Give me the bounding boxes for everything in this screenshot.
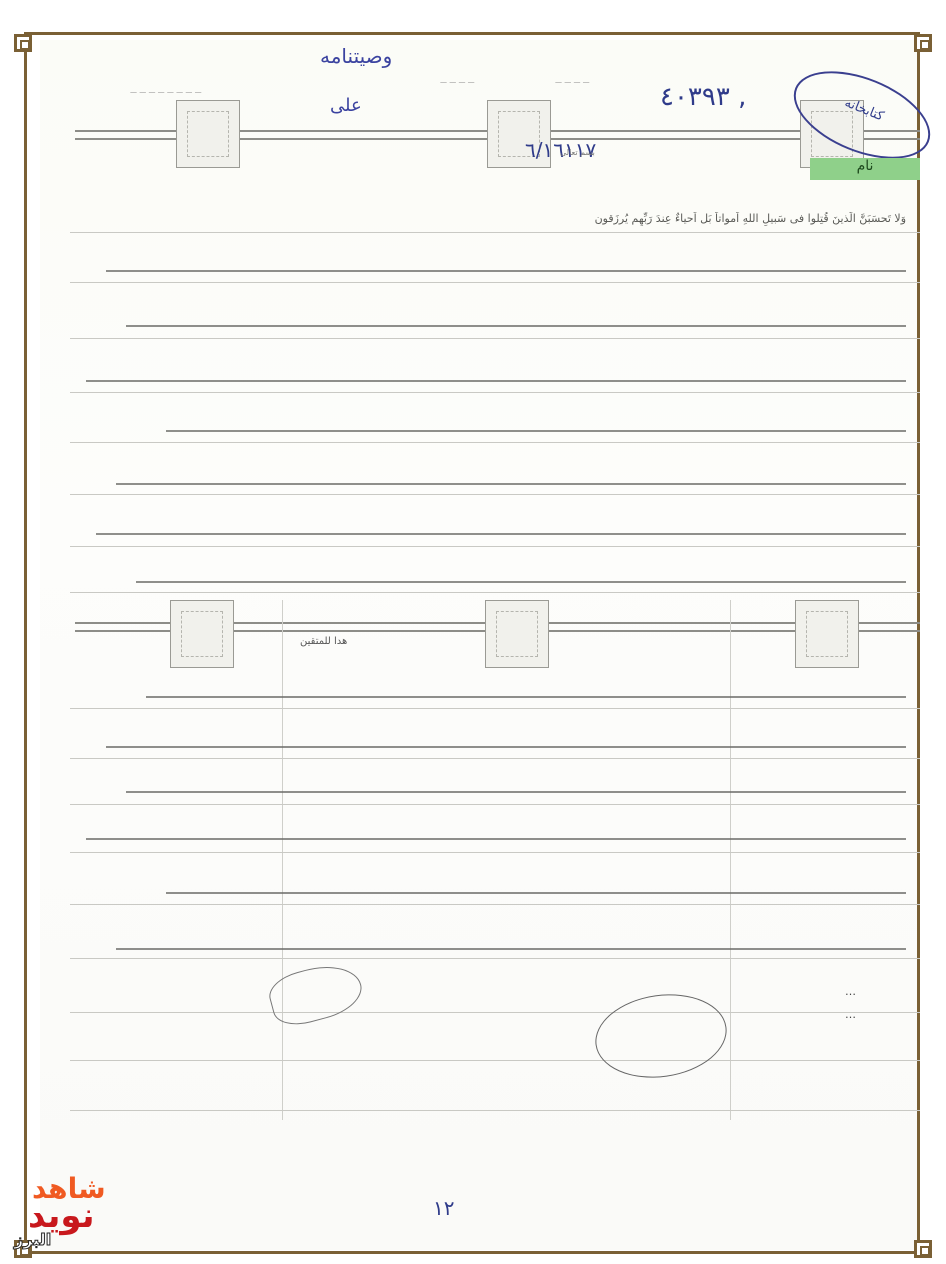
margin-line: [282, 600, 283, 1120]
handwritten-line: [80, 688, 906, 702]
navid-shahed-alborz-logo: شاهد نوید البرز: [14, 1172, 114, 1258]
illegible-handwriting: [166, 888, 906, 894]
handwritten-line: [80, 940, 906, 954]
handwritten-line: [80, 422, 906, 436]
handwritten-line: [80, 372, 906, 386]
illegible-handwriting: [136, 577, 906, 583]
page-number: ١٢: [433, 1196, 454, 1220]
ruled-line: [70, 338, 920, 339]
ruled-line: [70, 958, 920, 959]
mid-emblem-left: [170, 600, 234, 668]
illegible-handwriting: [126, 787, 906, 793]
handwritten-line: [80, 317, 906, 331]
mid-emblem-center: [485, 600, 549, 668]
mid-emblem-right: [795, 600, 859, 668]
handwritten-line: [80, 783, 906, 797]
ruled-line: [70, 804, 920, 805]
handwritten-line: [80, 525, 906, 539]
logo-text-3: البرز: [14, 1230, 51, 1249]
illegible-handwriting: [116, 479, 906, 485]
letterhead-small-print: — — — —: [440, 78, 475, 86]
handwritten-line: [80, 738, 906, 752]
illegible-handwriting: [96, 529, 906, 535]
frame-corner-ornament: [914, 1240, 932, 1258]
ruled-line: [70, 904, 920, 905]
ruled-line: [70, 1110, 920, 1111]
mid-subheading: هدا للمتقین: [300, 636, 347, 647]
ruled-line: [70, 1012, 920, 1013]
letterhead-small-print: — — — —: [555, 78, 590, 86]
ruled-line: [70, 852, 920, 853]
ruled-line: [70, 442, 920, 443]
frame-corner-ornament: [914, 34, 932, 52]
signature-line-2: …: [845, 1008, 856, 1021]
letterhead-small-print: — — — — — — — —: [130, 88, 202, 96]
handwritten-line: [80, 884, 906, 898]
margin-line: [730, 600, 731, 1120]
name-annotation-2: علی: [330, 95, 362, 116]
reference-label: بسم تعالی: [560, 148, 595, 157]
handwritten-line: [80, 262, 906, 276]
ruled-line: [70, 708, 920, 709]
ruled-line: [70, 494, 920, 495]
ruled-line: [70, 758, 920, 759]
ruled-line: [70, 392, 920, 393]
illegible-handwriting: [126, 321, 906, 327]
illegible-handwriting: [106, 266, 906, 272]
name-annotation: وصیتنامه: [320, 44, 392, 68]
ruled-line: [70, 282, 920, 283]
frame-corner-ornament: [14, 34, 32, 52]
green-tag: نام: [810, 158, 920, 180]
ruled-line: [70, 546, 920, 547]
handwritten-line: [80, 573, 906, 587]
ruled-line: [70, 232, 920, 233]
signature-line-1: …: [845, 985, 856, 998]
illegible-handwriting: [86, 376, 906, 382]
illegible-handwriting: [86, 834, 906, 840]
illegible-handwriting: [166, 426, 906, 432]
ruled-line: [70, 592, 920, 593]
handwritten-line: [80, 475, 906, 489]
document-number: ٤٠٣٩٣ ,: [660, 82, 746, 112]
handwritten-line: [80, 830, 906, 844]
letterhead-emblem-left: [176, 100, 240, 168]
ruled-line: [70, 1060, 920, 1061]
illegible-handwriting: [146, 692, 906, 698]
illegible-handwriting: [116, 944, 906, 950]
illegible-handwriting: [106, 742, 906, 748]
handwritten-line: وَلا تَحسَبَنَّ الّذینَ قُتِلوا فی سَبیل…: [80, 212, 906, 226]
